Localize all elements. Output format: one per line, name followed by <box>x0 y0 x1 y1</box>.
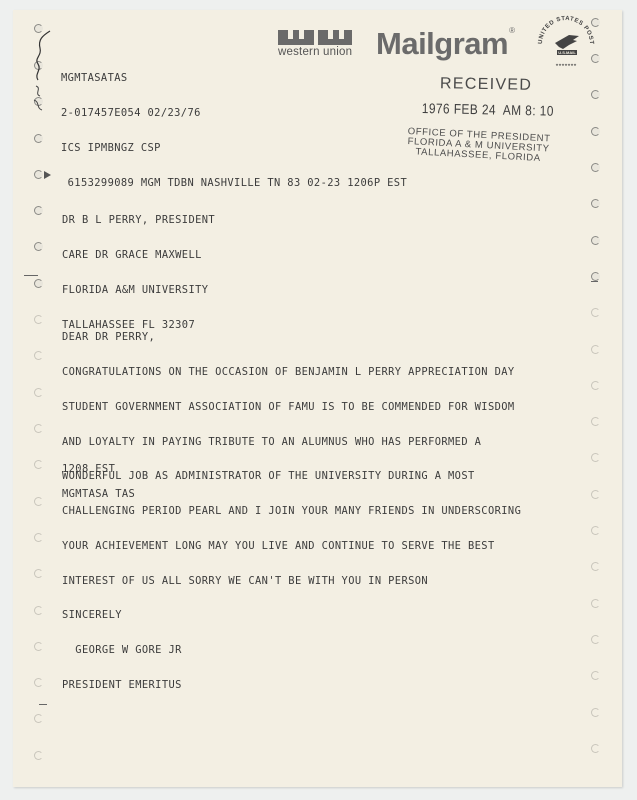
signer-name: GEORGE W GORE JR <box>62 645 521 657</box>
routing-line: 6153299089 MGM TDBN NASHVILLE TN 83 02-2… <box>61 178 407 190</box>
fold-mark-icon <box>39 704 47 705</box>
operator-code: MGMTASA TAS <box>62 489 135 501</box>
feed-hole-icon <box>591 744 600 753</box>
feed-hole-icon <box>34 533 43 542</box>
received-datetime: 1976 FEB 24 AM 8: 10 <box>422 100 554 119</box>
western-union-bars-icon <box>278 30 352 45</box>
received-stamp: RECEIVED <box>440 75 533 95</box>
feed-hole-icon <box>591 671 600 680</box>
fold-mark-icon <box>24 275 38 276</box>
svg-text:U.S.MAIL: U.S.MAIL <box>558 50 576 55</box>
arrow-marker-icon <box>44 171 51 179</box>
feed-hole-icon <box>591 599 600 608</box>
body-line: AND LOYALTY IN PAYING TRIBUTE TO AN ALUM… <box>62 437 521 449</box>
handwritten-initials-icon <box>30 28 52 113</box>
body-line: CHALLENGING PERIOD PEARL AND I JOIN YOUR… <box>62 506 521 518</box>
feed-hole-icon <box>34 134 43 143</box>
feed-hole-icon <box>591 236 600 245</box>
feed-hole-icon <box>591 272 600 281</box>
fold-mark-icon <box>591 281 598 282</box>
feed-hole-icon <box>591 490 600 499</box>
feed-hole-icon <box>591 526 600 535</box>
feed-hole-icon <box>34 460 43 469</box>
feed-hole-icon <box>34 206 43 215</box>
feed-hole-icon <box>591 345 600 354</box>
feed-hole-icon <box>34 642 43 651</box>
feed-hole-icon <box>34 170 43 179</box>
routing-line: 2-017457E054 02/23/76 <box>61 108 407 120</box>
feed-hole-icon <box>591 381 600 390</box>
body-line: INTEREST OF US ALL SORRY WE CAN'T BE WIT… <box>62 576 521 588</box>
feed-hole-icon <box>34 388 43 397</box>
feed-hole-icon <box>591 90 600 99</box>
registered-mark: ® <box>509 26 514 35</box>
routing-line: MGMTASATAS <box>61 73 407 85</box>
body-line: STUDENT GOVERNMENT ASSOCIATION OF FAMU I… <box>62 402 521 414</box>
feed-hole-icon <box>591 708 600 717</box>
closing: SINCERELY <box>62 610 521 622</box>
feed-hole-icon <box>591 562 600 571</box>
body-line: WONDERFUL JOB AS ADMINISTRATOR OF THE UN… <box>62 471 521 483</box>
feed-hole-icon <box>34 606 43 615</box>
usps-seal: UNITED STATES POSTAL SERVICE U.S.MAIL ★★… <box>535 13 597 75</box>
salutation: DEAR DR PERRY, <box>62 332 521 344</box>
feed-hole-icon <box>591 163 600 172</box>
feed-hole-icon <box>34 751 43 760</box>
feed-hole-icon <box>34 242 43 251</box>
feed-hole-icon <box>591 308 600 317</box>
end-time: 1208 EST <box>62 464 115 476</box>
stars: ★★★★★★★ <box>555 62 576 68</box>
address-line: DR B L PERRY, PRESIDENT <box>62 215 215 227</box>
message-body: DEAR DR PERRY, CONGRATULATIONS ON THE OC… <box>62 309 521 703</box>
address-line: CARE DR GRACE MAXWELL <box>62 250 215 262</box>
feed-hole-icon <box>591 127 600 136</box>
feed-hole-icon <box>34 569 43 578</box>
routing-block: MGMTASATAS 2-017457E054 02/23/76 ICS IPM… <box>61 50 407 201</box>
feed-hole-icon <box>34 714 43 723</box>
feed-hole-icon <box>591 417 600 426</box>
body-line: YOUR ACHIEVEMENT LONG MAY YOU LIVE AND C… <box>62 541 521 553</box>
feed-hole-icon <box>591 199 600 208</box>
address-line: FLORIDA A&M UNIVERSITY <box>62 285 215 297</box>
feed-hole-icon <box>34 351 43 360</box>
feed-hole-icon <box>34 497 43 506</box>
feed-hole-icon <box>34 424 43 433</box>
feed-hole-icon <box>34 279 43 288</box>
feed-hole-icon <box>591 635 600 644</box>
feed-hole-icon <box>591 453 600 462</box>
feed-hole-icon <box>34 678 43 687</box>
feed-hole-icon <box>34 315 43 324</box>
body-line: CONGRATULATIONS ON THE OCCASION OF BENJA… <box>62 367 521 379</box>
routing-line: ICS IPMBNGZ CSP <box>61 143 407 155</box>
signer-title: PRESIDENT EMERITUS <box>62 680 521 692</box>
eagle-icon: UNITED STATES POSTAL SERVICE U.S.MAIL ★★… <box>535 13 597 75</box>
